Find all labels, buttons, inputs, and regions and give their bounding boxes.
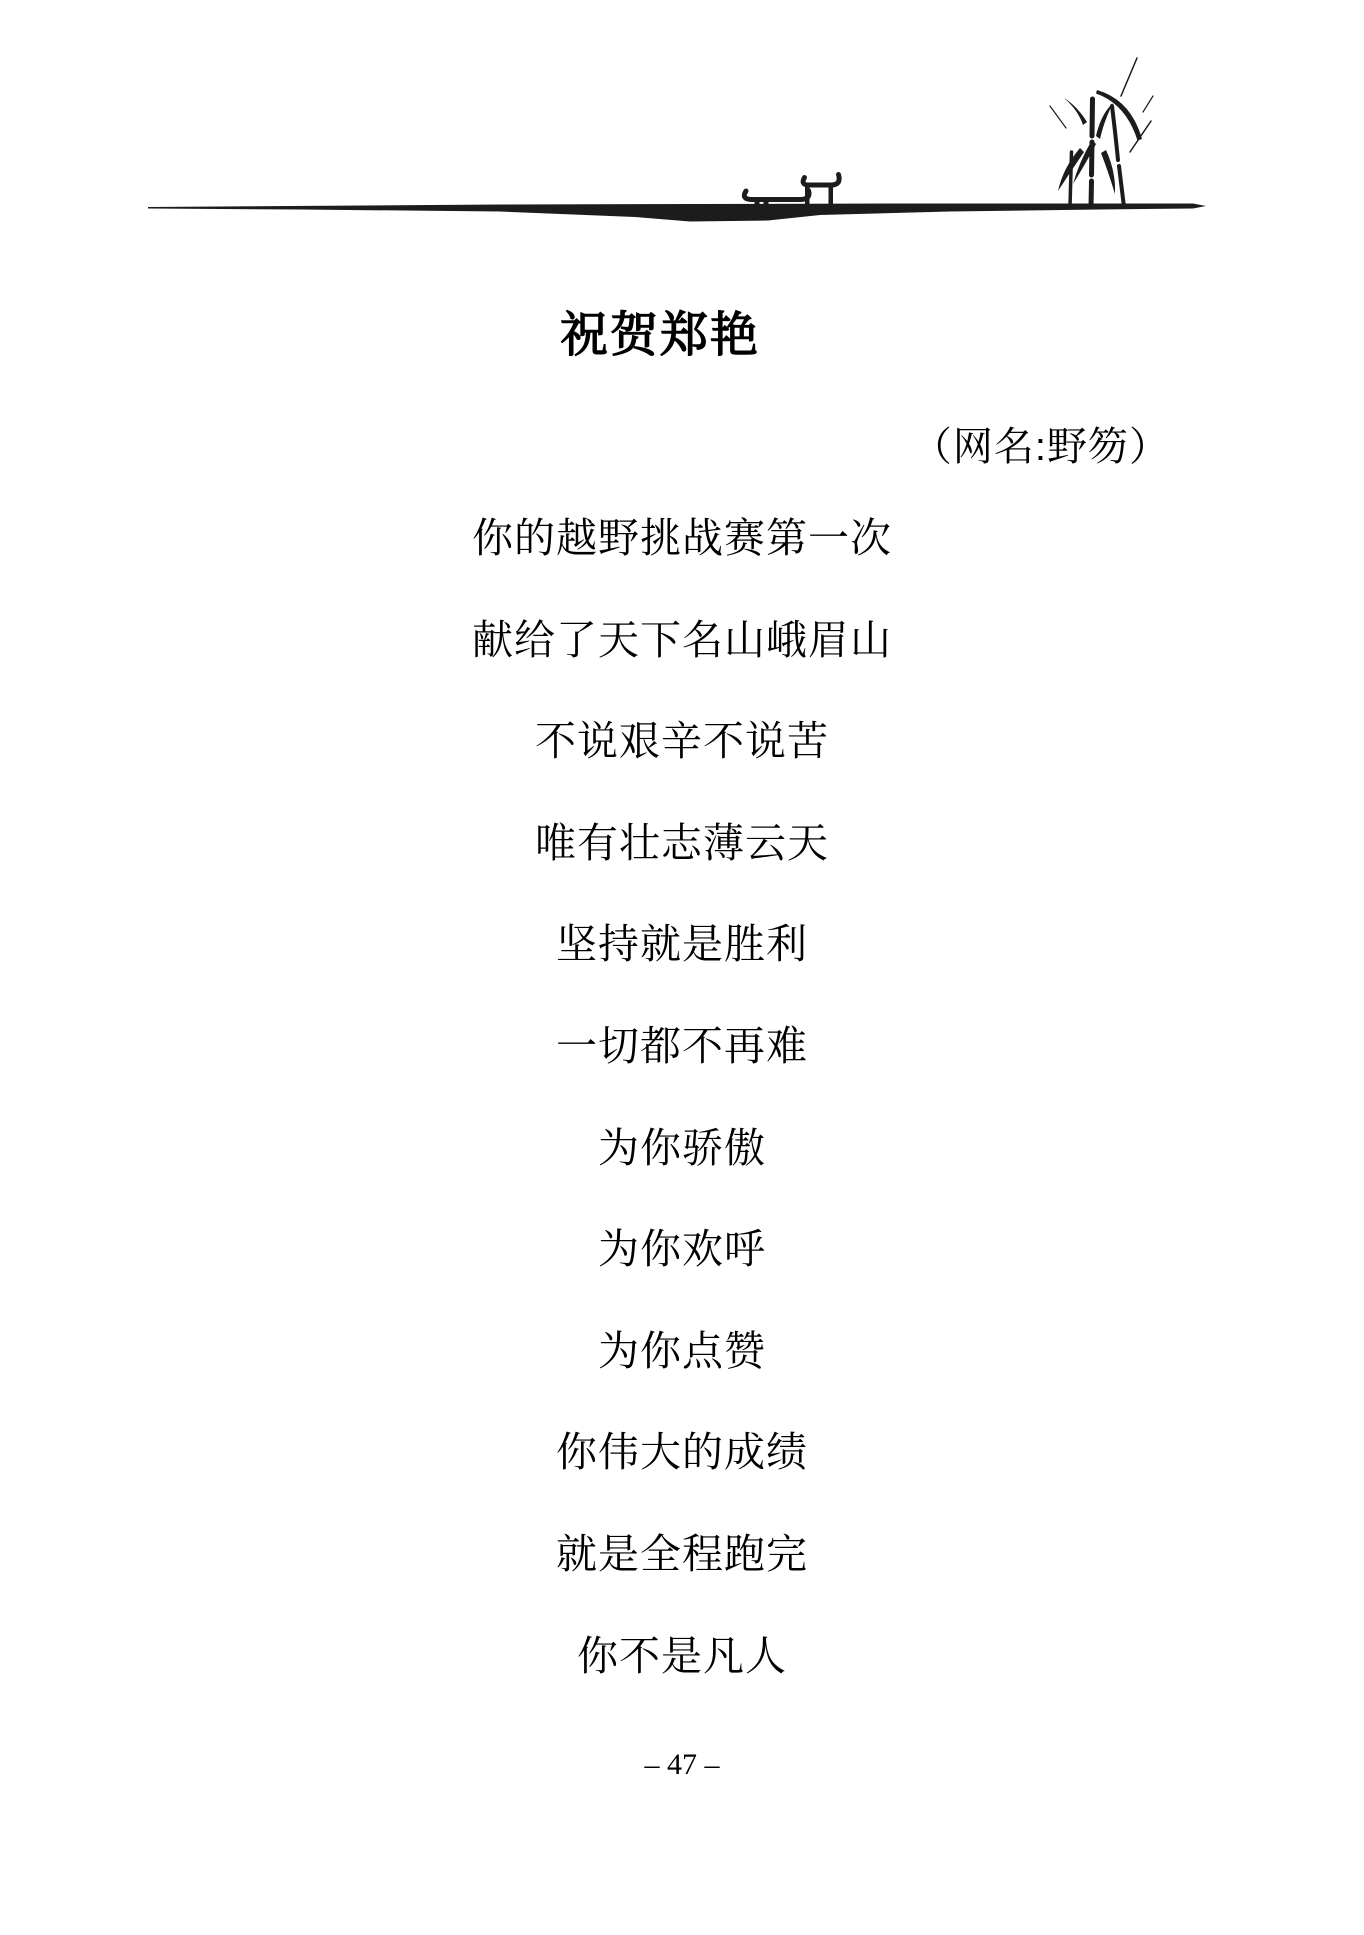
poem-line: 为你点赞: [0, 1301, 1364, 1403]
author-pen-name: （网名:野笏）: [912, 415, 1170, 472]
poem-line: 一切都不再难: [0, 996, 1364, 1098]
header-ink-illustration: [0, 0, 1364, 240]
pavilion-icon: [744, 175, 839, 209]
poem-line: 你不是凡人: [0, 1606, 1364, 1708]
poem-line: 你伟大的成绩: [0, 1402, 1364, 1504]
poem-title: 祝贺郑艳: [0, 296, 1320, 365]
poem-line: 为你欢呼: [0, 1199, 1364, 1301]
document-page: 祝贺郑艳 （网名:野笏） 你的越野挑战赛第一次 献给了天下名山峨眉山 不说艰辛不…: [0, 0, 1364, 1935]
poem-line: 就是全程跑完: [0, 1504, 1364, 1606]
ground-brush-line: [148, 204, 1206, 222]
poem-line: 坚持就是胜利: [0, 894, 1364, 996]
poem-line: 你的越野挑战赛第一次: [0, 488, 1364, 590]
poem-line: 为你骄傲: [0, 1098, 1364, 1200]
bamboo-icon: [1050, 58, 1153, 207]
poem-body: 你的越野挑战赛第一次 献给了天下名山峨眉山 不说艰辛不说苦 唯有壮志薄云天 坚持…: [0, 488, 1364, 1707]
poem-line: 唯有壮志薄云天: [0, 793, 1364, 895]
poem-line: 献给了天下名山峨眉山: [0, 590, 1364, 692]
page-number: – 47 –: [0, 1748, 1364, 1782]
poem-line: 不说艰辛不说苦: [0, 691, 1364, 793]
